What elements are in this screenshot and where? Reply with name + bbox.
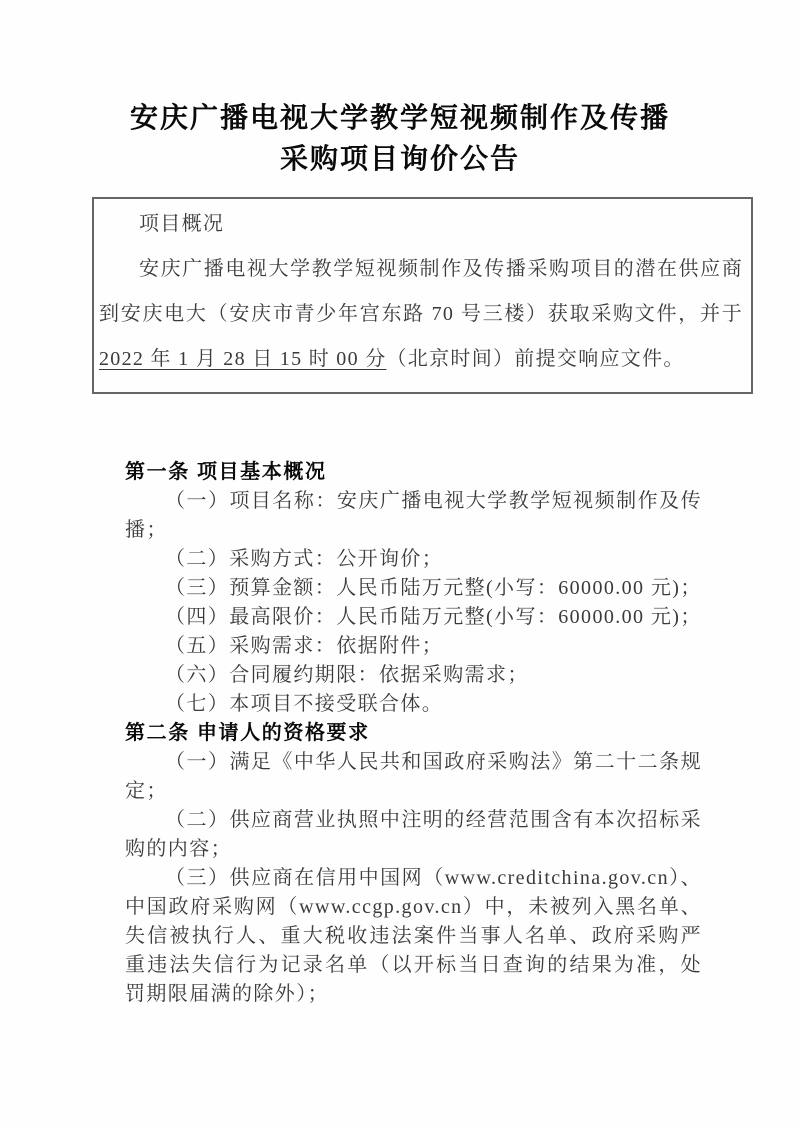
overview-paragraph: 安庆广播电视大学教学短视频制作及传播采购项目的潜在供应商到安庆电大（安庆市青少年…	[99, 247, 743, 382]
document-title-line-2: 采购项目询价公告	[0, 138, 800, 179]
section-2-item-3: （三）供应商在信用中国网（www.creditchina.gov.cn）、中国政…	[125, 864, 702, 1009]
document-title: 安庆广播电视大学教学短视频制作及传播 采购项目询价公告	[0, 0, 800, 179]
overview-heading: 项目概况	[99, 202, 743, 247]
overview-text-after-deadline: （北京时间）前提交响应文件。	[387, 348, 685, 370]
section-2-heading: 第二条 申请人的资格要求	[125, 719, 702, 748]
deadline-date-text: 2022 年 1 月 28 日 15 时 00 分	[99, 348, 387, 370]
project-overview-box: 项目概况 安庆广播电视大学教学短视频制作及传播采购项目的潜在供应商到安庆电大（安…	[92, 197, 753, 394]
section-1-item-4: （四）最高限价：人民币陆万元整(小写：60000.00 元)；	[125, 603, 702, 632]
overview-text-before-deadline: 安庆广播电视大学教学短视频制作及传播采购项目的潜在供应商到安庆电大（安庆市青少年…	[99, 258, 743, 325]
document-title-line-1: 安庆广播电视大学教学短视频制作及传播	[0, 97, 800, 138]
section-1-item-1: （一）项目名称：安庆广播电视大学教学短视频制作及传播；	[125, 487, 702, 545]
document-body: 第一条 项目基本概况 （一）项目名称：安庆广播电视大学教学短视频制作及传播； （…	[125, 458, 702, 1009]
document-page: 安庆广播电视大学教学短视频制作及传播 采购项目询价公告 项目概况 安庆广播电视大…	[0, 0, 800, 1131]
section-1-heading: 第一条 项目基本概况	[125, 458, 702, 487]
section-1-item-7: （七）本项目不接受联合体。	[125, 690, 702, 719]
section-1-item-6: （六）合同履约期限：依据采购需求；	[125, 661, 702, 690]
section-1-item-5: （五）采购需求：依据附件；	[125, 632, 702, 661]
section-2-item-1: （一）满足《中华人民共和国政府采购法》第二十二条规定；	[125, 748, 702, 806]
section-2-item-2: （二）供应商营业执照中注明的经营范围含有本次招标采购的内容；	[125, 806, 702, 864]
section-1-item-2: （二）采购方式：公开询价；	[125, 545, 702, 574]
section-1-item-3: （三）预算金额：人民币陆万元整(小写：60000.00 元)；	[125, 574, 702, 603]
